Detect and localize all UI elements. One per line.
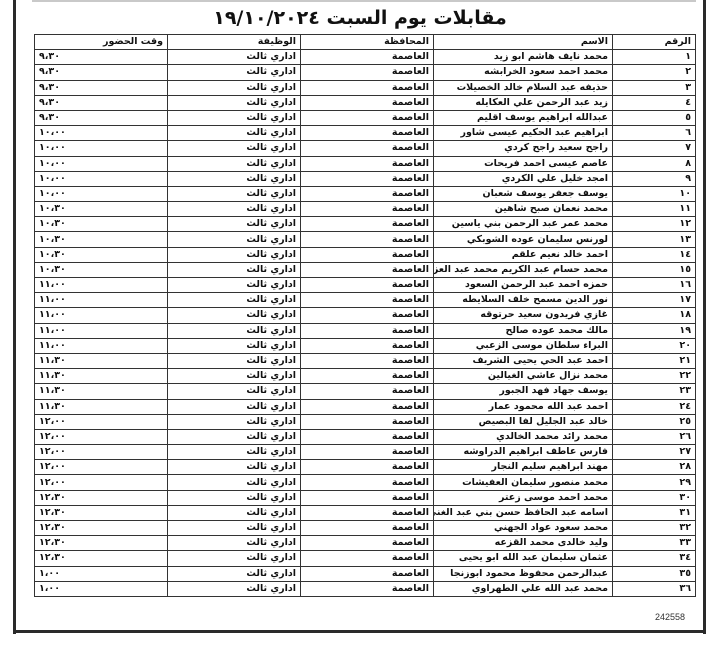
table-header-row: الرقم الاسم المحافظة الوظيفة وقت الحضور (35, 35, 696, 50)
row-time: ١٢،٣٠ (35, 490, 168, 505)
row-number: ٢٣ (613, 384, 696, 399)
row-name: محمد عمر عبد الرحمن بني ياسين (434, 217, 613, 232)
header-job: الوظيفة (168, 35, 301, 50)
header-time: وقت الحضور (35, 35, 168, 50)
table-row: ٢١احمد عبد الحي يحيى الشريفالعاصمةاداري … (35, 353, 696, 368)
row-number: ١٨ (613, 308, 696, 323)
row-job: اداري ثالث (168, 171, 301, 186)
row-job: اداري ثالث (168, 293, 301, 308)
row-name: مهند ابراهيم سليم النجار (434, 460, 613, 475)
row-governorate: العاصمة (301, 50, 434, 65)
row-name: البراء سلطان موسى الزعبي (434, 338, 613, 353)
header-name: الاسم (434, 35, 613, 50)
table-row: ١محمد نايف هاشم ابو زيدالعاصمةاداري ثالث… (35, 50, 696, 65)
table-row: ٢محمد احمد سعود الخرابشهالعاصمةاداري ثال… (35, 65, 696, 80)
table-row: ٢٥خالد عبد الجليل لفا البصيصالعاصمةاداري… (35, 414, 696, 429)
row-number: ١٩ (613, 323, 696, 338)
row-number: ١٣ (613, 232, 696, 247)
row-governorate: العاصمة (301, 521, 434, 536)
row-time: ١٠،٠٠ (35, 186, 168, 201)
row-number: ٢٨ (613, 460, 696, 475)
row-time: ١٢،٣٠ (35, 521, 168, 536)
row-time: ١١،٠٠ (35, 278, 168, 293)
row-governorate: العاصمة (301, 126, 434, 141)
table-row: ٢٩محمد منصور سليمان العفيشاتالعاصمةاداري… (35, 475, 696, 490)
row-number: ٢٥ (613, 414, 696, 429)
row-time: ١٢،٠٠ (35, 475, 168, 490)
row-name: عاصم عيسى احمد فريحات (434, 156, 613, 171)
table-row: ١٨غازي فريدون سعيد حرتوقهالعاصمةاداري ثا… (35, 308, 696, 323)
row-name: يوسف جهاد فهد الجبور (434, 384, 613, 399)
row-job: اداري ثالث (168, 141, 301, 156)
row-job: اداري ثالث (168, 65, 301, 80)
table-row: ١٠يوسف جعفر يوسف شعبانالعاصمةاداري ثالث١… (35, 186, 696, 201)
row-governorate: العاصمة (301, 505, 434, 520)
row-governorate: العاصمة (301, 475, 434, 490)
table-row: ١٢محمد عمر عبد الرحمن بني ياسينالعاصمةاد… (35, 217, 696, 232)
row-number: ١٤ (613, 247, 696, 262)
row-job: اداري ثالث (168, 338, 301, 353)
row-name: اسامه عبد الحافظ حسن بني عبد الغني (434, 505, 613, 520)
row-job: اداري ثالث (168, 429, 301, 444)
row-name: احمد عبد الله محمود عمار (434, 399, 613, 414)
row-governorate: العاصمة (301, 80, 434, 95)
row-number: ٣٢ (613, 521, 696, 536)
row-time: ١١،٣٠ (35, 384, 168, 399)
page-frame-bottom (13, 630, 706, 633)
row-number: ١١ (613, 202, 696, 217)
row-governorate: العاصمة (301, 278, 434, 293)
row-time: ١١،٣٠ (35, 353, 168, 368)
row-time: ٩،٣٠ (35, 50, 168, 65)
row-governorate: العاصمة (301, 353, 434, 368)
row-time: ١،٠٠ (35, 566, 168, 581)
row-name: فارس عاطف ابراهيم الدراوشه (434, 445, 613, 460)
row-job: اداري ثالث (168, 384, 301, 399)
table-row: ١٦حمزه احمد عبد الرحمن السعودالعاصمةادار… (35, 278, 696, 293)
row-time: ١٢،٠٠ (35, 460, 168, 475)
row-governorate: العاصمة (301, 490, 434, 505)
row-name: ابراهيم عبد الحكيم عيسى شاور (434, 126, 613, 141)
row-time: ١١،٠٠ (35, 323, 168, 338)
row-governorate: العاصمة (301, 202, 434, 217)
row-number: ٢٦ (613, 429, 696, 444)
row-time: ١٠،٠٠ (35, 141, 168, 156)
table-row: ١٩مالك محمد عوده صالحالعاصمةاداري ثالث١١… (35, 323, 696, 338)
row-governorate: العاصمة (301, 460, 434, 475)
row-job: اداري ثالث (168, 353, 301, 368)
row-number: ٢٤ (613, 399, 696, 414)
row-number: ١٧ (613, 293, 696, 308)
row-governorate: العاصمة (301, 156, 434, 171)
table-row: ٢٣يوسف جهاد فهد الجبورالعاصمةاداري ثالث١… (35, 384, 696, 399)
row-name: نور الدين مسمح خلف السلايطه (434, 293, 613, 308)
row-job: اداري ثالث (168, 95, 301, 110)
table-row: ٦ابراهيم عبد الحكيم عيسى شاورالعاصمةادار… (35, 126, 696, 141)
row-time: ٩،٣٠ (35, 110, 168, 125)
row-governorate: العاصمة (301, 429, 434, 444)
row-name: امجد خليل علي الكردي (434, 171, 613, 186)
table-row: ٣١اسامه عبد الحافظ حسن بني عبد الغنيالعا… (35, 505, 696, 520)
row-governorate: العاصمة (301, 65, 434, 80)
page-frame-left (13, 0, 16, 634)
row-job: اداري ثالث (168, 217, 301, 232)
table-row: ٥عبدالله ابراهيم يوسف اقليمالعاصمةاداري … (35, 110, 696, 125)
row-job: اداري ثالث (168, 80, 301, 95)
row-number: ١٥ (613, 262, 696, 277)
row-number: ٢ (613, 65, 696, 80)
row-number: ٣٦ (613, 581, 696, 596)
row-job: اداري ثالث (168, 581, 301, 596)
row-name: محمد سعود عواد الجهني (434, 521, 613, 536)
row-time: ١٢،٠٠ (35, 414, 168, 429)
row-governorate: العاصمة (301, 171, 434, 186)
row-job: اداري ثالث (168, 126, 301, 141)
row-time: ١٢،٠٠ (35, 445, 168, 460)
row-number: ٢٧ (613, 445, 696, 460)
row-job: اداري ثالث (168, 50, 301, 65)
row-name: حمزه احمد عبد الرحمن السعود (434, 278, 613, 293)
row-job: اداري ثالث (168, 278, 301, 293)
row-number: ٦ (613, 126, 696, 141)
row-name: وليد خالدى محمد القزعه (434, 536, 613, 551)
row-governorate: العاصمة (301, 186, 434, 201)
row-job: اداري ثالث (168, 156, 301, 171)
row-governorate: العاصمة (301, 581, 434, 596)
row-name: احمد عبد الحي يحيى الشريف (434, 353, 613, 368)
row-job: اداري ثالث (168, 186, 301, 201)
row-number: ٧ (613, 141, 696, 156)
row-name: عبدالرحمن محفوظ محمود ابوزنجا (434, 566, 613, 581)
row-time: ١٠،٣٠ (35, 202, 168, 217)
row-number: ١٢ (613, 217, 696, 232)
table-row: ٣٣وليد خالدى محمد القزعهالعاصمةاداري ثال… (35, 536, 696, 551)
row-time: ١،٠٠ (35, 581, 168, 596)
row-job: اداري ثالث (168, 490, 301, 505)
header-governorate: المحافظة (301, 35, 434, 50)
row-number: ٥ (613, 110, 696, 125)
table-row: ٣٤عثمان سليمان عبد الله ابو يحيىالعاصمةا… (35, 551, 696, 566)
table-row: ٢٠البراء سلطان موسى الزعبيالعاصمةاداري ث… (35, 338, 696, 353)
row-time: ١٠،٠٠ (35, 171, 168, 186)
row-time: ١٠،٠٠ (35, 126, 168, 141)
row-governorate: العاصمة (301, 445, 434, 460)
table-row: ١١محمد نعمان صبح شاهينالعاصمةاداري ثالث١… (35, 202, 696, 217)
row-number: ٣ (613, 80, 696, 95)
row-job: اداري ثالث (168, 110, 301, 125)
row-governorate: العاصمة (301, 232, 434, 247)
row-job: اداري ثالث (168, 399, 301, 414)
table-row: ٣٦محمد عبد الله علي الطهراويالعاصمةاداري… (35, 581, 696, 596)
row-number: ٢٢ (613, 369, 696, 384)
row-number: ٢٠ (613, 338, 696, 353)
table-row: ٢٨مهند ابراهيم سليم النجارالعاصمةاداري ث… (35, 460, 696, 475)
row-number: ٣٥ (613, 566, 696, 581)
page-title: مقابلات يوم السبت ١٩/١٠/٢٠٢٤ (0, 7, 720, 29)
row-governorate: العاصمة (301, 262, 434, 277)
row-time: ١٢،٠٠ (35, 429, 168, 444)
row-governorate: العاصمة (301, 399, 434, 414)
top-divider (32, 0, 696, 2)
table-row: ٢٧فارس عاطف ابراهيم الدراوشهالعاصمةاداري… (35, 445, 696, 460)
table-body: ١محمد نايف هاشم ابو زيدالعاصمةاداري ثالث… (35, 50, 696, 597)
row-name: محمد عبد الله علي الطهراوي (434, 581, 613, 596)
row-number: ٢١ (613, 353, 696, 368)
row-governorate: العاصمة (301, 384, 434, 399)
row-time: ٩،٣٠ (35, 80, 168, 95)
row-job: اداري ثالث (168, 414, 301, 429)
row-name: عبدالله ابراهيم يوسف اقليم (434, 110, 613, 125)
row-time: ١١،٠٠ (35, 293, 168, 308)
row-time: ١٢،٣٠ (35, 551, 168, 566)
row-job: اداري ثالث (168, 445, 301, 460)
row-governorate: العاصمة (301, 95, 434, 110)
table-row: ٣٥عبدالرحمن محفوظ محمود ابوزنجاالعاصمةاد… (35, 566, 696, 581)
row-job: اداري ثالث (168, 505, 301, 520)
row-governorate: العاصمة (301, 217, 434, 232)
page-frame-right (703, 0, 706, 634)
row-governorate: العاصمة (301, 566, 434, 581)
row-time: ١٠،٣٠ (35, 217, 168, 232)
row-name: حذيفه عبد السلام خالد الخصيلات (434, 80, 613, 95)
row-name: محمد منصور سليمان العفيشات (434, 475, 613, 490)
row-time: ١٠،٣٠ (35, 232, 168, 247)
row-time: ١٢،٣٠ (35, 505, 168, 520)
row-name: محمد نايف هاشم ابو زيد (434, 50, 613, 65)
table-row: ١٥محمد حسام عبد الكريم محمد عبد العزيزال… (35, 262, 696, 277)
table-row: ٢٤احمد عبد الله محمود عمارالعاصمةاداري ث… (35, 399, 696, 414)
row-number: ٣٣ (613, 536, 696, 551)
row-number: ١٦ (613, 278, 696, 293)
row-time: ١١،٠٠ (35, 308, 168, 323)
table-row: ٢٢محمد نزال عاشي الغيالينالعاصمةاداري ثا… (35, 369, 696, 384)
row-governorate: العاصمة (301, 323, 434, 338)
row-job: اداري ثالث (168, 323, 301, 338)
row-number: ٤ (613, 95, 696, 110)
row-job: اداري ثالث (168, 308, 301, 323)
row-governorate: العاصمة (301, 110, 434, 125)
row-name: راجح سعيد راجح كردي (434, 141, 613, 156)
row-name: خالد عبد الجليل لفا البصيص (434, 414, 613, 429)
row-job: اداري ثالث (168, 232, 301, 247)
row-job: اداري ثالث (168, 202, 301, 217)
row-time: ١٠،٠٠ (35, 156, 168, 171)
table-row: ٩امجد خليل علي الكرديالعاصمةاداري ثالث١٠… (35, 171, 696, 186)
row-name: محمد حسام عبد الكريم محمد عبد العزيز (434, 262, 613, 277)
row-job: اداري ثالث (168, 247, 301, 262)
row-job: اداري ثالث (168, 475, 301, 490)
row-number: ٢٩ (613, 475, 696, 490)
row-name: محمد احمد موسى زعتر (434, 490, 613, 505)
row-job: اداري ثالث (168, 551, 301, 566)
table-row: ٢٦محمد رائد محمد الخالديالعاصمةاداري ثال… (35, 429, 696, 444)
table-row: ٣٠محمد احمد موسى زعترالعاصمةاداري ثالث١٢… (35, 490, 696, 505)
row-governorate: العاصمة (301, 247, 434, 262)
row-time: ١٢،٣٠ (35, 536, 168, 551)
row-name: احمد خالد نعيم علقم (434, 247, 613, 262)
row-time: ٩،٣٠ (35, 65, 168, 80)
row-time: ١١،٠٠ (35, 338, 168, 353)
row-governorate: العاصمة (301, 293, 434, 308)
row-number: ٩ (613, 171, 696, 186)
table-row: ١٤احمد خالد نعيم علقمالعاصمةاداري ثالث١٠… (35, 247, 696, 262)
row-name: زيد عبد الرحمن علي العكايله (434, 95, 613, 110)
row-time: ١٠،٣٠ (35, 262, 168, 277)
header-number: الرقم (613, 35, 696, 50)
row-name: محمد نزال عاشي الغيالين (434, 369, 613, 384)
table-row: ١٧نور الدين مسمح خلف السلايطهالعاصمةادار… (35, 293, 696, 308)
row-number: ١٠ (613, 186, 696, 201)
table-row: ٣٢محمد سعود عواد الجهنيالعاصمةاداري ثالث… (35, 521, 696, 536)
table-row: ٨عاصم عيسى احمد فريحاتالعاصمةاداري ثالث١… (35, 156, 696, 171)
row-name: مالك محمد عوده صالح (434, 323, 613, 338)
row-job: اداري ثالث (168, 536, 301, 551)
row-time: ١٠،٣٠ (35, 247, 168, 262)
row-job: اداري ثالث (168, 460, 301, 475)
row-time: ١١،٣٠ (35, 399, 168, 414)
row-number: ١ (613, 50, 696, 65)
table-row: ٧راجح سعيد راجح كرديالعاصمةاداري ثالث١٠،… (35, 141, 696, 156)
row-governorate: العاصمة (301, 141, 434, 156)
row-governorate: العاصمة (301, 414, 434, 429)
row-number: ٣١ (613, 505, 696, 520)
row-number: ٣٠ (613, 490, 696, 505)
row-time: ١١،٣٠ (35, 369, 168, 384)
table-row: ١٣لورنس سليمان عوده الشوبكيالعاصمةاداري … (35, 232, 696, 247)
row-job: اداري ثالث (168, 566, 301, 581)
row-governorate: العاصمة (301, 551, 434, 566)
row-name: محمد رائد محمد الخالدي (434, 429, 613, 444)
row-governorate: العاصمة (301, 536, 434, 551)
row-name: يوسف جعفر يوسف شعبان (434, 186, 613, 201)
row-time: ٩،٣٠ (35, 95, 168, 110)
table-row: ٣حذيفه عبد السلام خالد الخصيلاتالعاصمةاد… (35, 80, 696, 95)
row-governorate: العاصمة (301, 369, 434, 384)
row-name: محمد احمد سعود الخرابشه (434, 65, 613, 80)
interview-schedule-table: الرقم الاسم المحافظة الوظيفة وقت الحضور … (34, 34, 696, 597)
row-job: اداري ثالث (168, 262, 301, 277)
row-name: لورنس سليمان عوده الشوبكي (434, 232, 613, 247)
row-job: اداري ثالث (168, 369, 301, 384)
row-name: غازي فريدون سعيد حرتوقه (434, 308, 613, 323)
row-name: محمد نعمان صبح شاهين (434, 202, 613, 217)
row-name: عثمان سليمان عبد الله ابو يحيى (434, 551, 613, 566)
table-row: ٤زيد عبد الرحمن علي العكايلهالعاصمةاداري… (35, 95, 696, 110)
row-job: اداري ثالث (168, 521, 301, 536)
row-number: ٣٤ (613, 551, 696, 566)
document-code: 242558 (655, 612, 685, 622)
row-governorate: العاصمة (301, 308, 434, 323)
row-governorate: العاصمة (301, 338, 434, 353)
row-number: ٨ (613, 156, 696, 171)
